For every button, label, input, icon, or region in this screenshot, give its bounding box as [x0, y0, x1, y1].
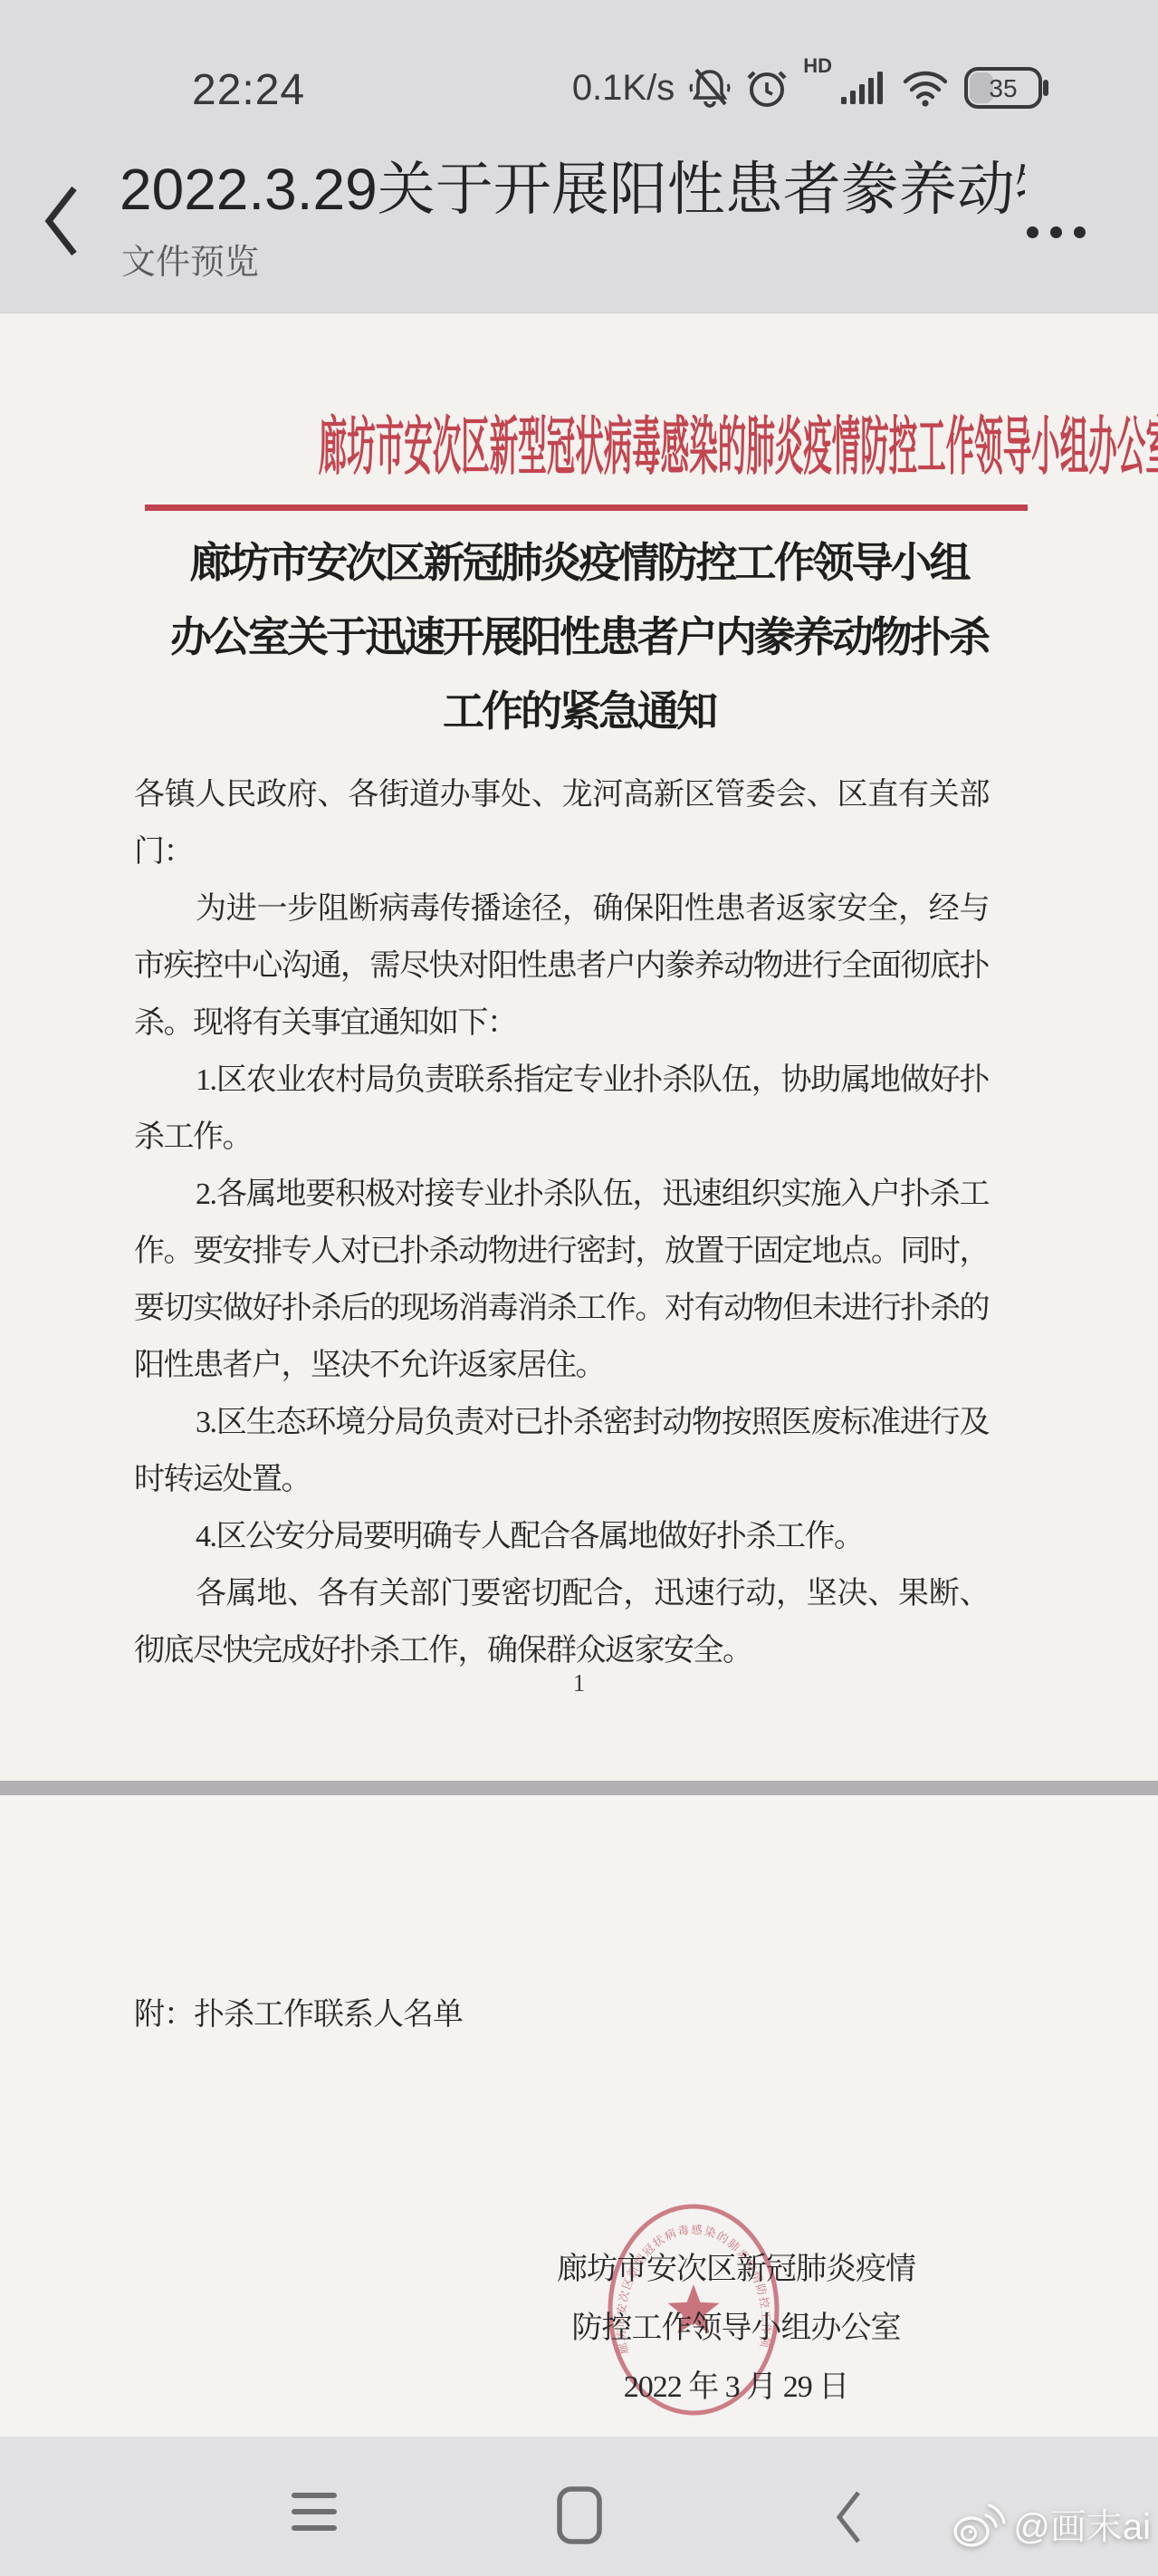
signal-icon — [839, 66, 886, 110]
paragraph: 1.区农业农村局负责联系指定专业扑杀队伍，协助属地做好扑杀工作。 — [134, 1052, 989, 1166]
document-title-line: 工作的紧急通知 — [0, 674, 1158, 748]
attachment-line: 附：扑杀工作联系人名单 — [134, 1989, 463, 2033]
signature-block: 廊坊市安次区新冠肺炎疫情 防控工作领导小组办公室 2022 年 3 月 29 日 — [523, 2240, 949, 2417]
back-chevron-icon[interactable] — [42, 183, 81, 259]
weibo-icon — [952, 2499, 1008, 2550]
more-dots-icon[interactable] — [1018, 217, 1095, 247]
mute-icon — [689, 66, 731, 110]
status-icons: 0.1K/s HD 35 — [572, 56, 1049, 120]
signature-line: 防控工作领导小组办公室 — [523, 2299, 949, 2358]
document-title-line: 办公室关于迅速开展阳性患者户内豢养动物扑杀 — [0, 600, 1158, 674]
watermark: @画末ai — [952, 2498, 1151, 2550]
paragraph: 3.区生态环境分局负责对已扑杀密封动物按照医废标准进行及时转运处置。 — [134, 1394, 989, 1508]
nav-bar: 2022.3.29关于开展阳性患者豢养动物... 文件预览 — [0, 136, 1158, 312]
recents-icon[interactable] — [292, 2493, 337, 2531]
paragraph: 各属地、各有关部门要密切配合，迅速行动，坚决、果断、彻底尽快完成好扑杀工作，确保… — [134, 1565, 989, 1679]
back-icon[interactable] — [835, 2489, 862, 2545]
paragraph: 2.各属地要积极对接专业扑杀队伍，迅速组织实施入户扑杀工作。要安排专人对已扑杀动… — [134, 1166, 989, 1394]
document-title-line: 廊坊市安次区新冠肺炎疫情防控工作领导小组 — [0, 525, 1158, 600]
page-subtitle: 文件预览 — [121, 234, 259, 284]
signature-line: 廊坊市安次区新冠肺炎疫情 — [523, 2240, 949, 2299]
battery-percent-label: 35 — [989, 74, 1017, 102]
network-speed: 0.1K/s — [572, 68, 675, 109]
document-page-1: 廊坊市安次区新型冠状病毒感染的肺炎疫情防控工作领导小组办公室 廊坊市安次区新冠肺… — [0, 312, 1158, 1782]
document-page-2: 附：扑杀工作联系人名单 廊坊市安次区新型冠状病毒感染的肺炎疫情防控工作领导小组办… — [0, 1795, 1158, 2437]
document-body: 各镇人民政府、各街道办事处、龙河高新区管委会、区直有关部门： 为进一步阻断病毒传… — [134, 766, 989, 1679]
wifi-icon — [901, 67, 950, 109]
home-icon[interactable] — [557, 2486, 602, 2544]
red-letterhead: 廊坊市安次区新型冠状病毒感染的肺炎疫情防控工作领导小组办公室 — [319, 410, 840, 483]
red-separator-line — [145, 505, 1028, 511]
salutation: 各镇人民政府、各街道办事处、龙河高新区管委会、区直有关部门： — [134, 766, 989, 880]
battery-icon: 35 — [964, 65, 1049, 111]
hd-badge: HD — [803, 54, 832, 78]
status-time: 22:24 — [192, 65, 305, 115]
status-bar: 22:24 0.1K/s HD — [0, 0, 1158, 136]
page-number: 1 — [0, 1669, 1158, 1697]
page-title: 2022.3.29关于开展阳性患者豢养动物... — [120, 143, 1025, 226]
document-title: 廊坊市安次区新冠肺炎疫情防控工作领导小组 办公室关于迅速开展阳性患者户内豢养动物… — [0, 525, 1158, 748]
watermark-text: @画末ai — [1013, 2498, 1151, 2550]
signature-date: 2022 年 3 月 29 日 — [523, 2358, 949, 2417]
alarm-icon — [745, 66, 789, 110]
paragraph: 为进一步阻断病毒传播途径，确保阳性患者返家安全，经与市疾控中心沟通，需尽快对阳性… — [134, 880, 989, 1052]
paragraph: 4.区公安分局要明确专人配合各属地做好扑杀工作。 — [134, 1508, 989, 1565]
page-separator — [0, 1781, 1158, 1795]
